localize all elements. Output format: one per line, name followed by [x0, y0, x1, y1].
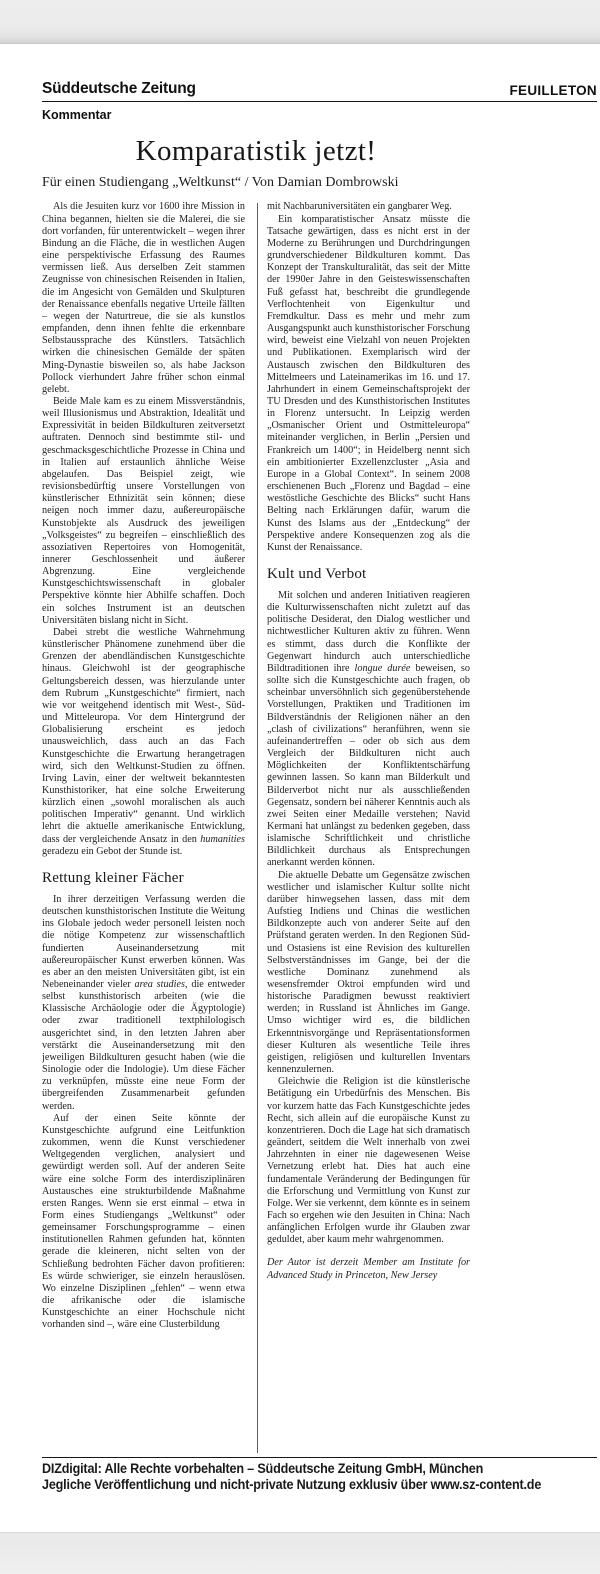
article-title: Komparatistik jetzt!	[42, 135, 470, 167]
article-paragraph: Dabei strebt die westliche Wahrnehmung k…	[42, 627, 245, 858]
article-paragraph: mit Nachbaruniversitäten ein gangbarer W…	[267, 201, 470, 213]
right-column: mit Nachbaruniversitäten ein gangbarer W…	[267, 201, 470, 1453]
column-subheading: Rettung kleiner Fächer	[42, 870, 245, 887]
viewer-top-bar	[0, 0, 600, 44]
viewer-bottom-bar	[0, 1532, 600, 1574]
page-header: Süddeutsche Zeitung FEUILLETON	[42, 80, 597, 102]
footer-line-1: DIZdigital: Alle Rechte vorbehalten – Sü…	[42, 1461, 542, 1477]
article-paragraph: Auf der einen Seite könnte der Kunstgesc…	[42, 1113, 245, 1332]
section-label: FEUILLETON	[509, 83, 597, 98]
article-paragraph: In ihrer derzeitigen Verfassung werden d…	[42, 894, 245, 1113]
column-subheading: Kult und Verbot	[267, 566, 470, 583]
footer-line-2: Jegliche Veröffentlichung und nicht-priv…	[42, 1477, 542, 1493]
masthead: Süddeutsche Zeitung	[42, 80, 196, 98]
article-paragraph: Als die Jesuiten kurz vor 1600 ihre Miss…	[42, 201, 245, 396]
article-body: Als die Jesuiten kurz vor 1600 ihre Miss…	[42, 201, 470, 1453]
kicker: Kommentar	[42, 108, 600, 122]
article-paragraph: Gleichwie die Religion ist die künstleri…	[267, 1076, 470, 1246]
article-paragraph: Beide Male kam es zu einem Missverständn…	[42, 396, 245, 627]
article-paragraph: Ein komparatistischer Ansatz müsste die …	[267, 214, 470, 554]
footer: DIZdigital: Alle Rechte vorbehalten – Sü…	[42, 1457, 597, 1492]
footer-text: DIZdigital: Alle Rechte vorbehalten – Sü…	[42, 1461, 542, 1492]
article-paragraph: Mit solchen und anderen Initiativen reag…	[267, 590, 470, 870]
column-divider	[257, 203, 258, 1453]
author-note: Der Autor ist derzeit Member am Institut…	[267, 1257, 470, 1281]
left-column: Als die Jesuiten kurz vor 1600 ihre Miss…	[42, 201, 245, 1453]
newspaper-page: Süddeutsche Zeitung FEUILLETON Kommentar…	[0, 44, 600, 1532]
article-paragraph: Die aktuelle Debatte um Gegensätze zwisc…	[267, 870, 470, 1077]
article-subtitle: Für einen Studiengang „Weltkunst“ / Von …	[42, 175, 600, 191]
